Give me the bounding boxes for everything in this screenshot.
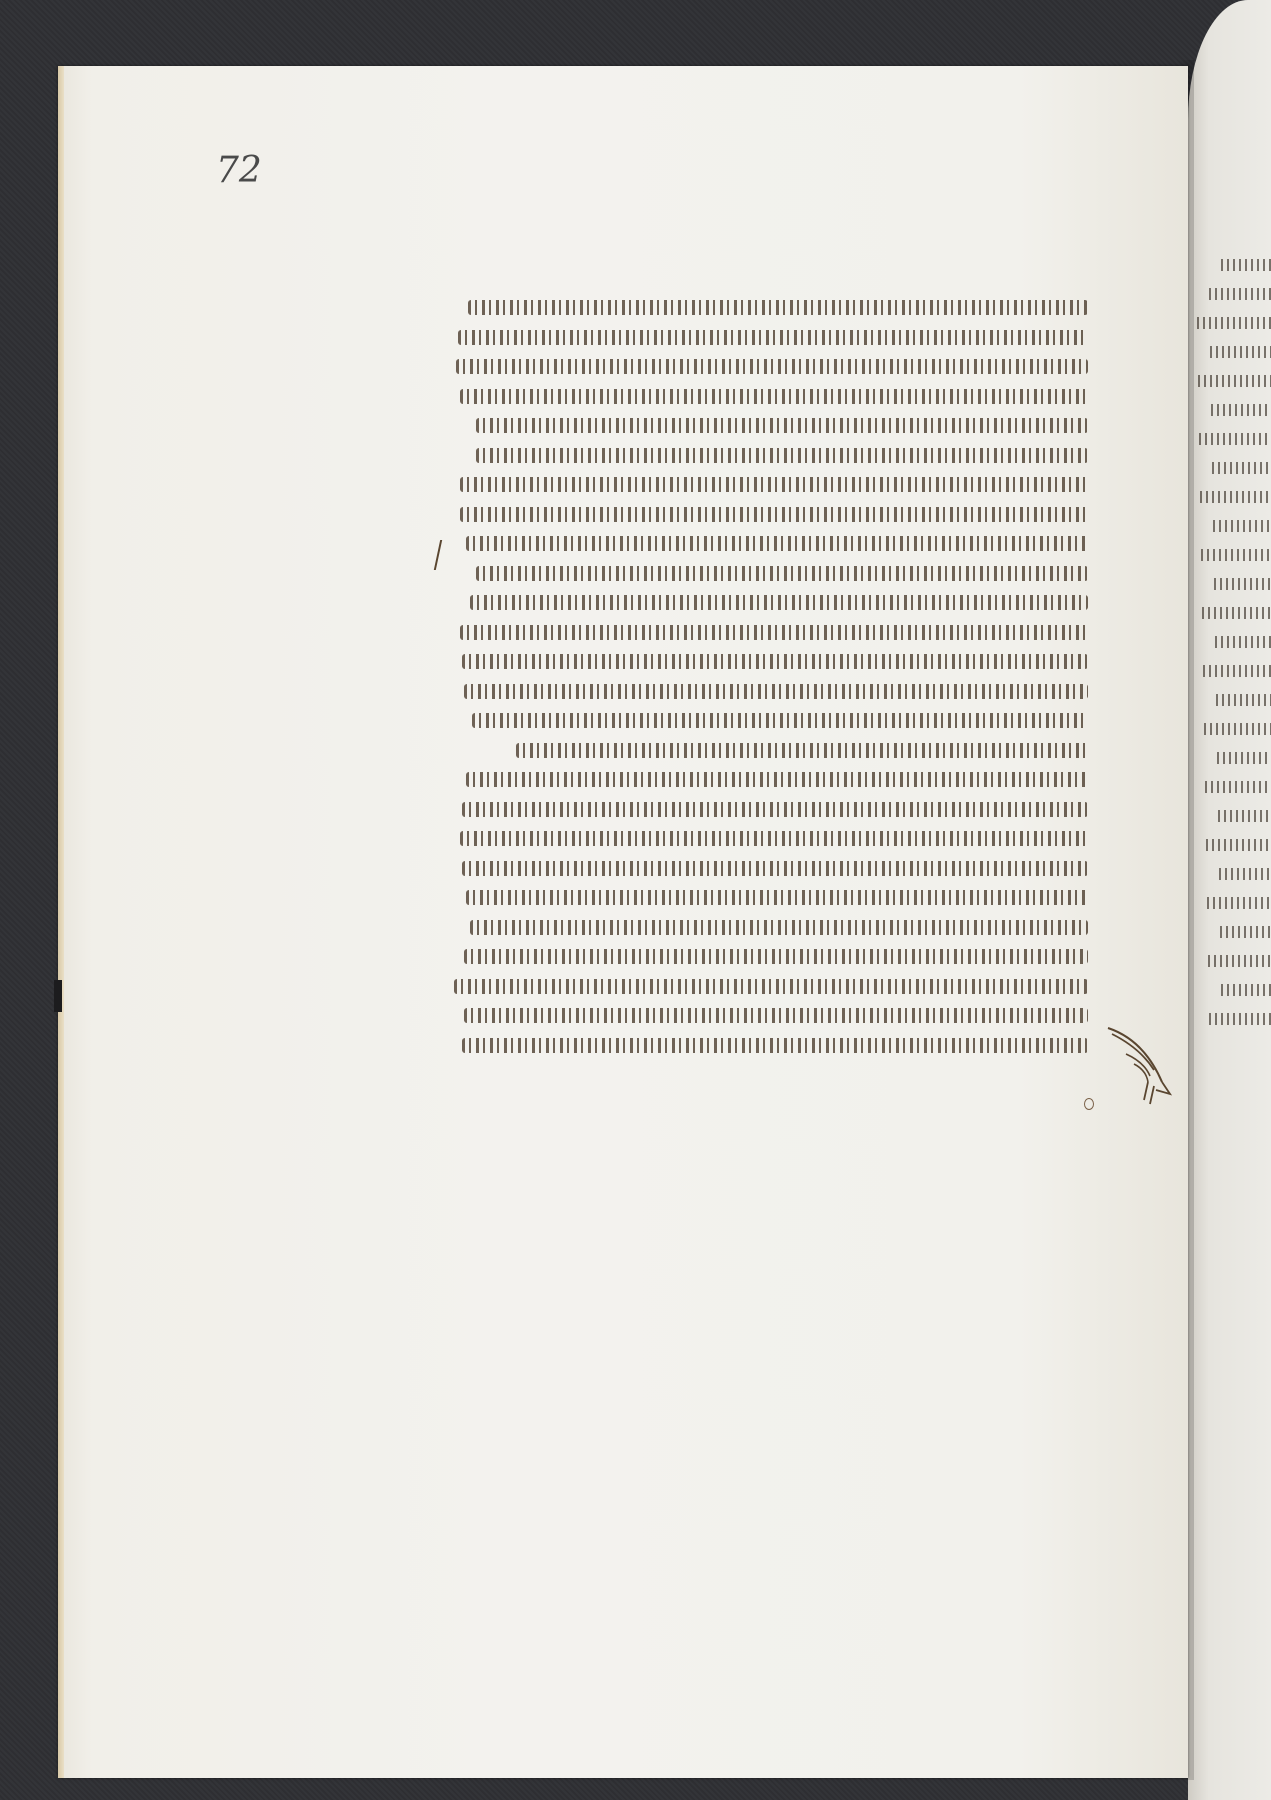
handwritten-ink	[464, 1008, 1088, 1023]
facing-line	[1196, 482, 1271, 511]
facing-line	[1196, 627, 1271, 656]
facing-line	[1196, 337, 1271, 366]
manuscript-line	[448, 558, 1088, 588]
handwritten-ink	[470, 595, 1088, 610]
facing-line	[1196, 685, 1271, 714]
handwritten-ink	[464, 684, 1088, 699]
manuscript-line	[448, 912, 1088, 942]
handwritten-ink	[464, 949, 1088, 964]
facing-line	[1196, 424, 1271, 453]
manuscript-line	[448, 853, 1088, 883]
facing-line	[1196, 453, 1271, 482]
manuscript-line	[448, 440, 1088, 470]
manuscript-line	[448, 941, 1088, 971]
facing-line	[1196, 308, 1271, 337]
handwritten-ink	[460, 625, 1088, 640]
handwritten-ink	[460, 507, 1088, 522]
manuscript-line	[448, 322, 1088, 352]
manuscript-line	[448, 823, 1088, 853]
handwritten-ink	[466, 890, 1088, 905]
manuscript-line	[448, 882, 1088, 912]
facing-line	[1196, 250, 1271, 279]
manuscript-line	[448, 499, 1088, 529]
facing-line	[1196, 946, 1271, 975]
facing-line	[1196, 279, 1271, 308]
manuscript-line	[448, 410, 1088, 440]
facing-line	[1196, 743, 1271, 772]
handwritten-ink	[476, 418, 1088, 433]
page-edge	[58, 66, 64, 1778]
handwritten-ink	[476, 566, 1088, 581]
manuscript-line	[448, 646, 1088, 676]
handwritten-ink	[470, 920, 1088, 935]
facing-line	[1196, 917, 1271, 946]
binding-tab	[54, 980, 62, 1012]
manuscript-line	[448, 676, 1088, 706]
facing-line	[1196, 772, 1271, 801]
facing-line	[1196, 975, 1271, 1004]
handwritten-ink	[460, 389, 1088, 404]
facing-line	[1196, 859, 1271, 888]
folio-number: 72	[216, 150, 262, 191]
manuscript-line	[448, 705, 1088, 735]
manuscript-line	[448, 1000, 1088, 1030]
facing-line	[1196, 801, 1271, 830]
manuscript-line	[448, 794, 1088, 824]
facing-page-text	[1196, 250, 1271, 1033]
manuscript-line	[448, 292, 1088, 322]
handwritten-ink	[454, 979, 1088, 994]
facing-line	[1196, 1004, 1271, 1033]
facing-line	[1196, 366, 1271, 395]
facing-line	[1196, 569, 1271, 598]
handwritten-ink	[460, 831, 1088, 846]
manuscript-line	[448, 351, 1088, 381]
manuscript-line	[448, 764, 1088, 794]
handwritten-ink	[462, 861, 1088, 876]
facing-line	[1196, 888, 1271, 917]
facing-line	[1196, 598, 1271, 627]
facing-line	[1196, 395, 1271, 424]
handwritten-ink	[462, 1038, 1088, 1053]
handwritten-ink	[472, 713, 1088, 728]
marginal-bird-drawing-icon	[1104, 1024, 1174, 1114]
handwritten-ink	[458, 330, 1088, 345]
handwritten-ink	[460, 477, 1088, 492]
facing-line	[1196, 656, 1271, 685]
handwritten-ink	[466, 772, 1088, 787]
handwritten-ink	[462, 654, 1088, 669]
facing-line	[1196, 540, 1271, 569]
handwritten-ink	[468, 300, 1088, 315]
margin-circle-mark	[1084, 1098, 1094, 1110]
handwritten-ink	[516, 743, 1088, 758]
facing-line	[1196, 830, 1271, 859]
facing-line	[1196, 714, 1271, 743]
manuscript-line	[448, 469, 1088, 499]
handwritten-ink	[456, 359, 1088, 374]
manuscript-line	[448, 735, 1088, 765]
manuscript-line	[448, 617, 1088, 647]
handwritten-ink	[462, 802, 1088, 817]
handwritten-ink	[466, 536, 1088, 551]
manuscript-line	[448, 587, 1088, 617]
manuscript-line	[448, 1030, 1088, 1060]
manuscript-line	[448, 381, 1088, 411]
manuscript-line	[448, 528, 1088, 558]
handwritten-ink	[476, 448, 1088, 463]
manuscript-line	[448, 971, 1088, 1001]
main-text-block	[448, 292, 1088, 1059]
facing-line	[1196, 511, 1271, 540]
